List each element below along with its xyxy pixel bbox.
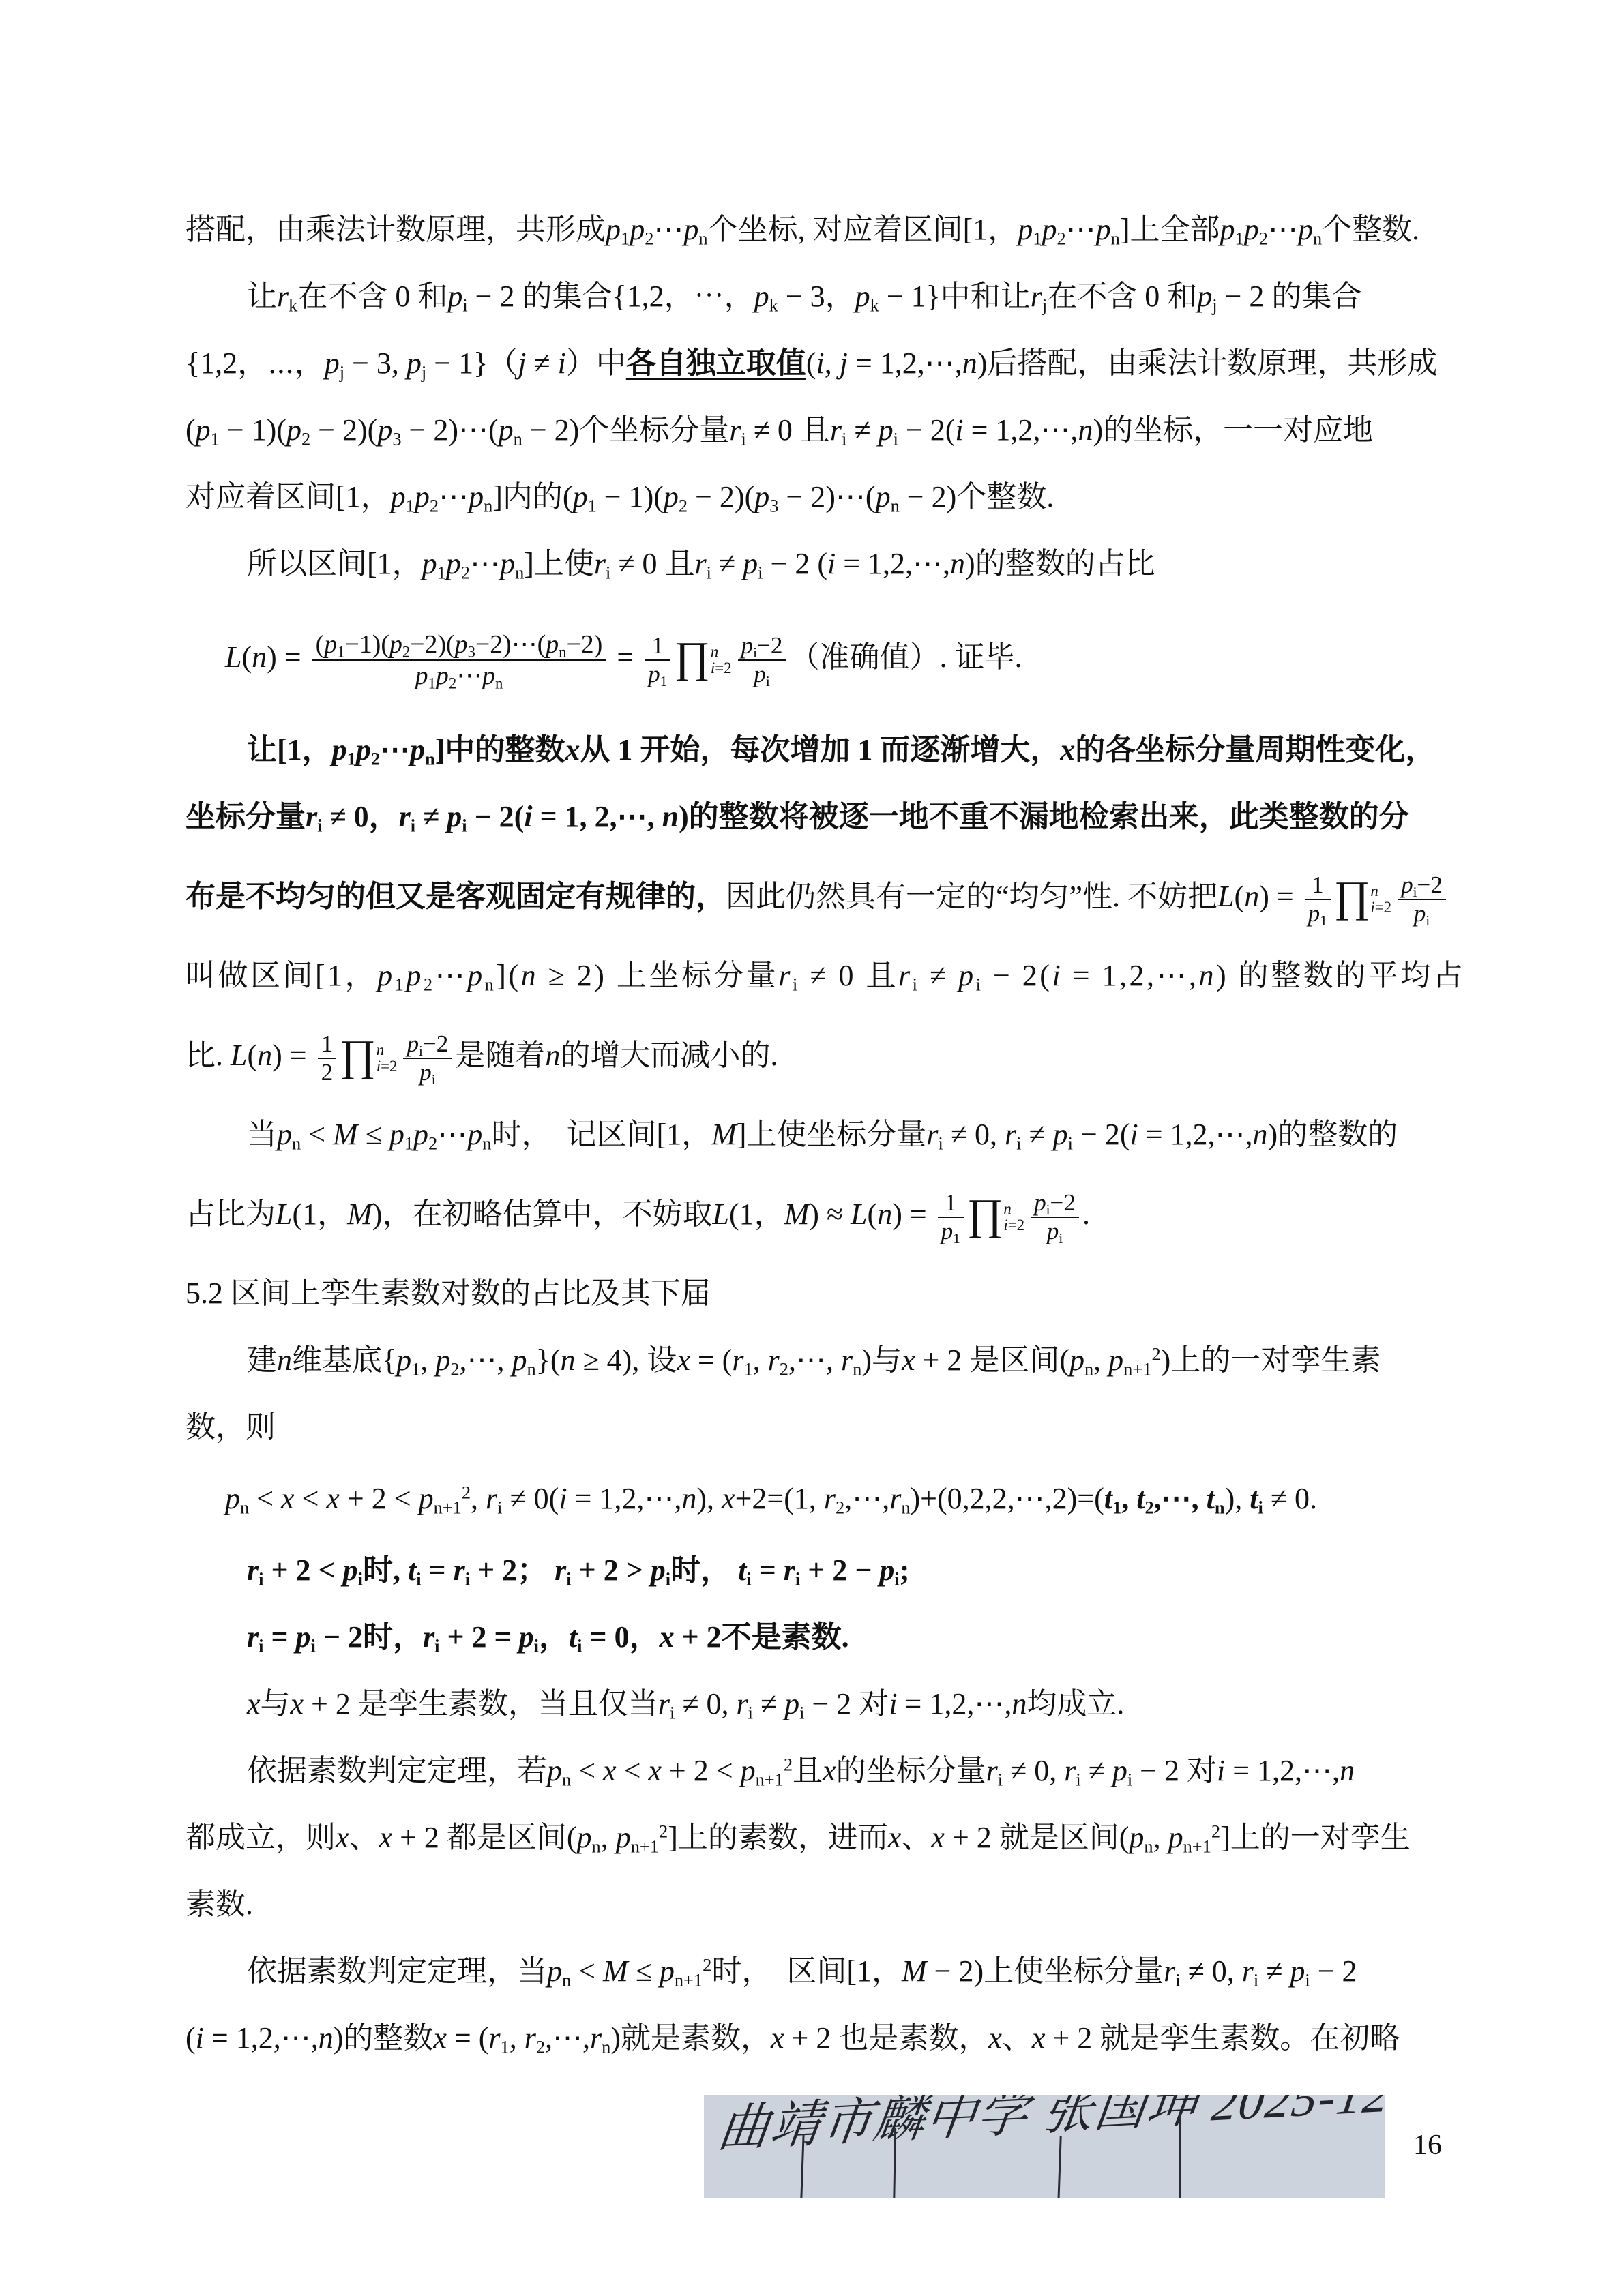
text-line: (i = 1,2,⋯,n)的整数x = (r1, r2,⋯,rn)就是素数，x …	[186, 2005, 1441, 2072]
signature-stamp: 曲靖市麟中学 张国坤 2025-12-30	[704, 2095, 1385, 2198]
text-line: 建n维基底{p1, p2,⋯, pn}(n ≥ 4), 设x = (r1, r2…	[186, 1327, 1441, 1394]
text-line: 布是不均匀的但又是客观固定有规律的，因此仍然具有一定的“均匀”性. 不妨把L(n…	[186, 850, 1441, 942]
text-line: (p1 − 1)(p2 − 2)(p3 − 2)⋯(pn − 2)个坐标分量ri…	[186, 397, 1441, 464]
text-line: 坐标分量ri ≠ 0，ri ≠ pi − 2(i = 1, 2,⋯, n)的整数…	[186, 784, 1441, 850]
text-line: 让rk在不含 0 和pi − 2 的集合{1,2，⋯，pk − 3，pk − 1…	[186, 263, 1441, 330]
page-number: 16	[1413, 2129, 1442, 2162]
text-line: 让[1，p1p2⋯pn]中的整数x从 1 开始，每次增加 1 而逐渐增大，x的各…	[186, 717, 1441, 784]
text-line: 数，则	[186, 1394, 1441, 1461]
text-line: x与x + 2 是孪生素数，当且仅当ri ≠ 0, ri ≠ pi − 2 对i…	[186, 1671, 1441, 1738]
text-line: L(n) = (p1−1)(p2−2)(p3−2)⋯(pn−2)p1p2⋯pn …	[186, 597, 1441, 717]
section-heading: 5.2 区间上孪生素数对数的占比及其下届	[186, 1260, 1441, 1327]
text-line: 比. L(n) = 12∏ni=2pi−2pi是随着n的增大而减小的.	[186, 1009, 1441, 1101]
text-line: ri = pi − 2时，ri + 2 = pi，ti = 0，x + 2不是素…	[186, 1604, 1441, 1671]
text-line: 所以区间[1，p1p2⋯pn]上使ri ≠ 0 且ri ≠ pi − 2 (i …	[186, 531, 1441, 597]
text-line: {1,2，⋯，pj − 3, pj − 1}（j ≠ i）中各自独立取值(i, …	[186, 330, 1441, 397]
signature-text: 曲靖市麟中学 张国坤 2025-12-30	[715, 2095, 1385, 2156]
scanned-page: 搭配，由乘法计数原理，共形成p1p2⋯pn个坐标, 对应着区间[1，p1p2⋯p…	[0, 0, 1624, 2296]
text-line: 占比为L(1，M)，在初略估算中，不妨取L(1，M) ≈ L(n) = 1p1∏…	[186, 1168, 1441, 1260]
text-line: 对应着区间[1，p1p2⋯pn]内的(p1 − 1)(p2 − 2)(p3 − …	[186, 464, 1441, 531]
document-body: 搭配，由乘法计数原理，共形成p1p2⋯pn个坐标, 对应着区间[1，p1p2⋯p…	[186, 196, 1441, 2072]
text-line: 都成立，则x、x + 2 都是区间(pn, pn+12]上的素数，进而x、x +…	[186, 1804, 1441, 1871]
text-line: 叫做区间[1，p1p2⋯pn](n ≥ 2) 上坐标分量ri ≠ 0 且ri ≠…	[186, 942, 1441, 1009]
text-line: ri + 2 < pi时, ti = ri + 2； ri + 2 > pi时，…	[186, 1537, 1441, 1604]
text-line: 搭配，由乘法计数原理，共形成p1p2⋯pn个坐标, 对应着区间[1，p1p2⋯p…	[186, 196, 1441, 263]
text-line: 当pn < M ≤ p1p2⋯pn时， 记区间[1，M]上使坐标分量ri ≠ 0…	[186, 1101, 1441, 1168]
text-line: 依据素数判定定理，当pn < M ≤ pn+12时， 区间[1，M − 2)上使…	[186, 1938, 1441, 2005]
text-line: 依据素数判定定理，若pn < x < x + 2 < pn+12且x的坐标分量r…	[186, 1738, 1441, 1804]
signature-pen-stroke	[1057, 2136, 1061, 2198]
text-line: 素数.	[186, 1871, 1441, 1938]
signature-pen-stroke	[1179, 2113, 1181, 2198]
text-line: pn < x < x + 2 < pn+12, ri ≠ 0(i = 1,2,⋯…	[186, 1461, 1441, 1537]
